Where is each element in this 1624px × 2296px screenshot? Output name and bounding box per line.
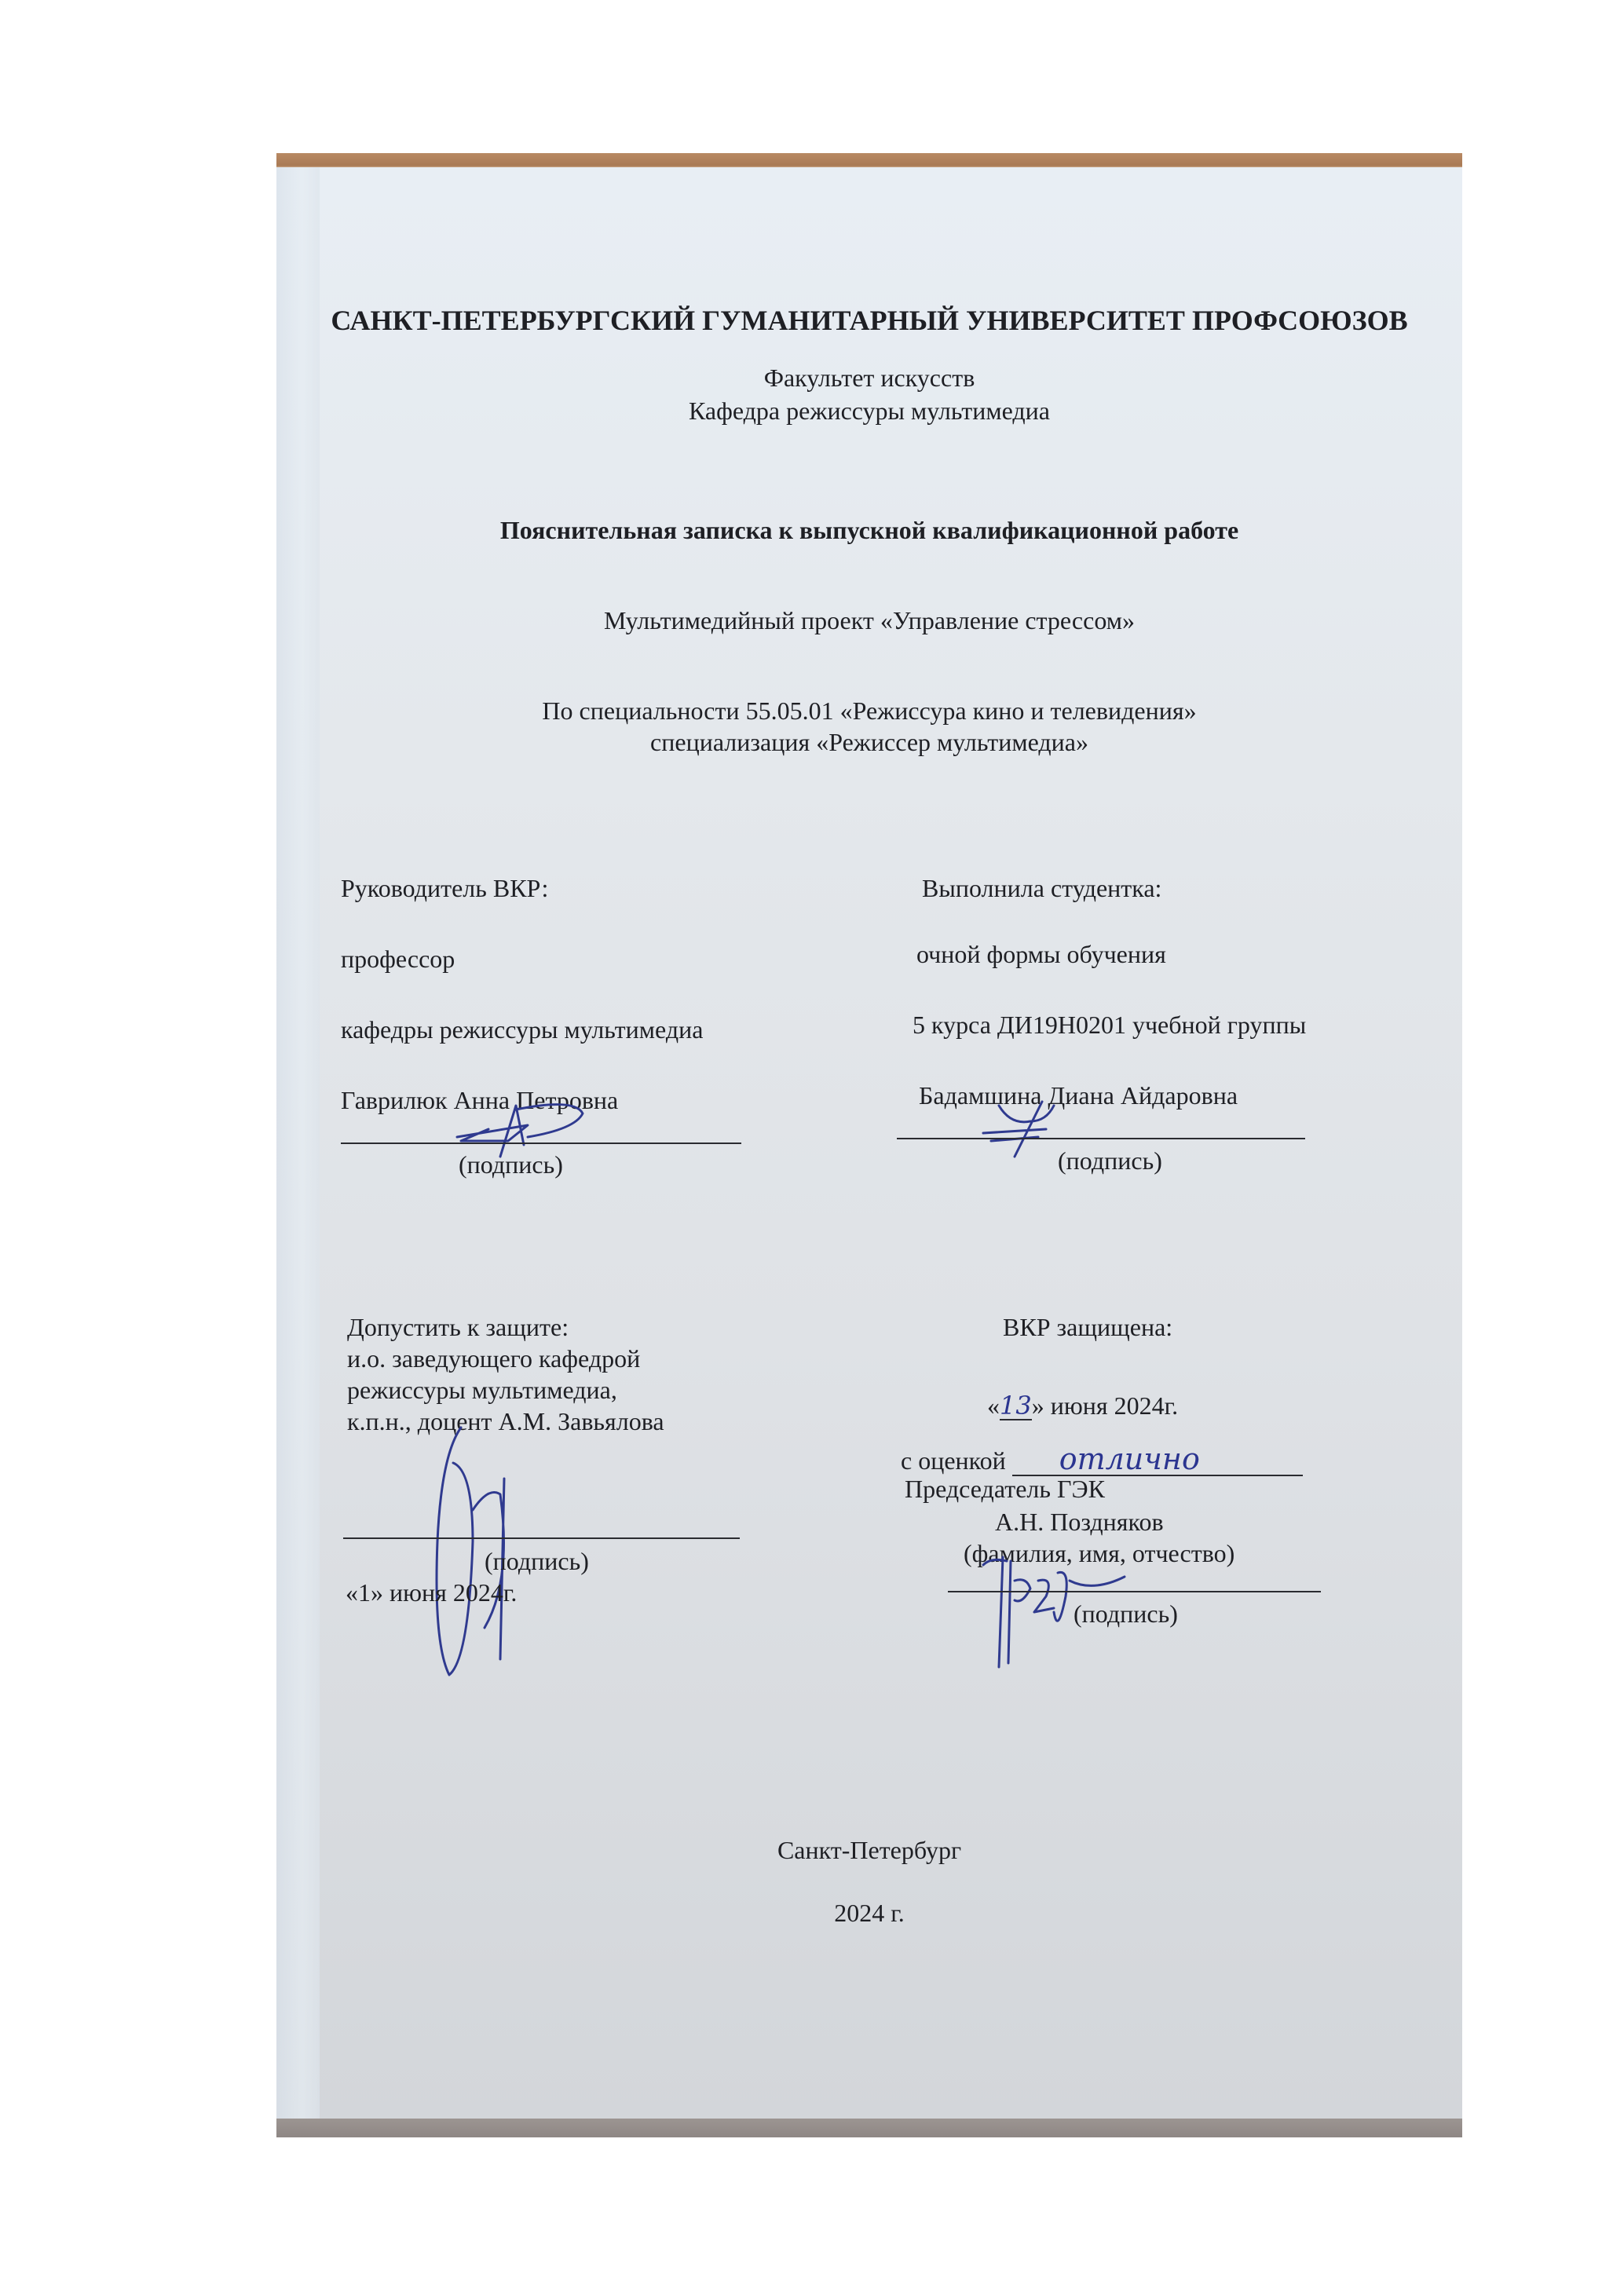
university-name: САНКТ-ПЕТЕРБУРГСКИЙ ГУМАНИТАРНЫЙ УНИВЕРС… — [276, 305, 1462, 336]
supervisor-heading: Руководитель ВКР: — [341, 872, 548, 904]
student-signature-line — [897, 1138, 1305, 1139]
admission-date: «1» июня 2024г. — [346, 1577, 517, 1608]
supervisor-position: профессор — [341, 943, 455, 974]
year: 2024 г. — [276, 1897, 1462, 1929]
chair-label: Председатель ГЭК — [905, 1473, 1105, 1504]
title-page: САНКТ-ПЕТЕРБУРГСКИЙ ГУМАНИТАРНЫЙ УНИВЕРС… — [276, 167, 1462, 2119]
student-study-form: очной формы обучения — [916, 938, 1166, 970]
admission-signature-caption: (подпись) — [485, 1545, 589, 1577]
grade-row: с оценкой отлично — [901, 1443, 1303, 1476]
supervisor-signature-caption: (подпись) — [459, 1149, 563, 1180]
faculty-name: Факультет искусств — [276, 362, 1462, 393]
student-group: 5 курса ДИ19Н0201 учебной группы — [913, 1009, 1306, 1040]
city: Санкт-Петербург — [276, 1834, 1462, 1866]
defense-date: «13» июня 2024г. — [987, 1390, 1178, 1421]
document-type: Пояснительная записка к выпускной квалиф… — [276, 514, 1462, 546]
specialty-line: По специальности 55.05.01 «Режиссура кин… — [276, 695, 1462, 726]
supervisor-department: кафедры режиссуры мультимедиа — [341, 1014, 703, 1045]
student-heading: Выполнила студентка: — [922, 872, 1161, 904]
grade-label: с оценкой — [901, 1446, 1006, 1475]
admission-line2: режиссуры мультимедиа, — [347, 1374, 617, 1406]
chair-signature-caption: (подпись) — [1074, 1598, 1178, 1629]
chair-signature-line — [948, 1591, 1321, 1592]
project-title: Мультимедийный проект «Управление стресс… — [276, 605, 1462, 636]
specialization-line: специализация «Режиссер мультимедиа» — [276, 726, 1462, 758]
admission-signature-line — [343, 1537, 740, 1539]
defense-heading: ВКР защищена: — [1003, 1311, 1172, 1343]
department-name: Кафедра режиссуры мультимедиа — [276, 395, 1462, 426]
defense-date-open: « — [987, 1391, 1000, 1420]
admission-line1: и.о. заведующего кафедрой — [347, 1343, 640, 1374]
admission-heading: Допустить к защите: — [347, 1311, 569, 1343]
paper-fold-shadow — [276, 167, 320, 2119]
defense-day-handwritten: 13 — [1000, 1392, 1032, 1420]
defense-date-close: » июня 2024г. — [1032, 1391, 1178, 1420]
chair-name: А.Н. Поздняков — [995, 1506, 1164, 1537]
grade-handwritten: отлично — [1012, 1443, 1303, 1476]
student-signature-caption: (подпись) — [1058, 1145, 1162, 1176]
supervisor-signature-line — [341, 1143, 741, 1144]
document-photo: САНКТ-ПЕТЕРБУРГСКИЙ ГУМАНИТАРНЫЙ УНИВЕРС… — [276, 153, 1462, 2137]
